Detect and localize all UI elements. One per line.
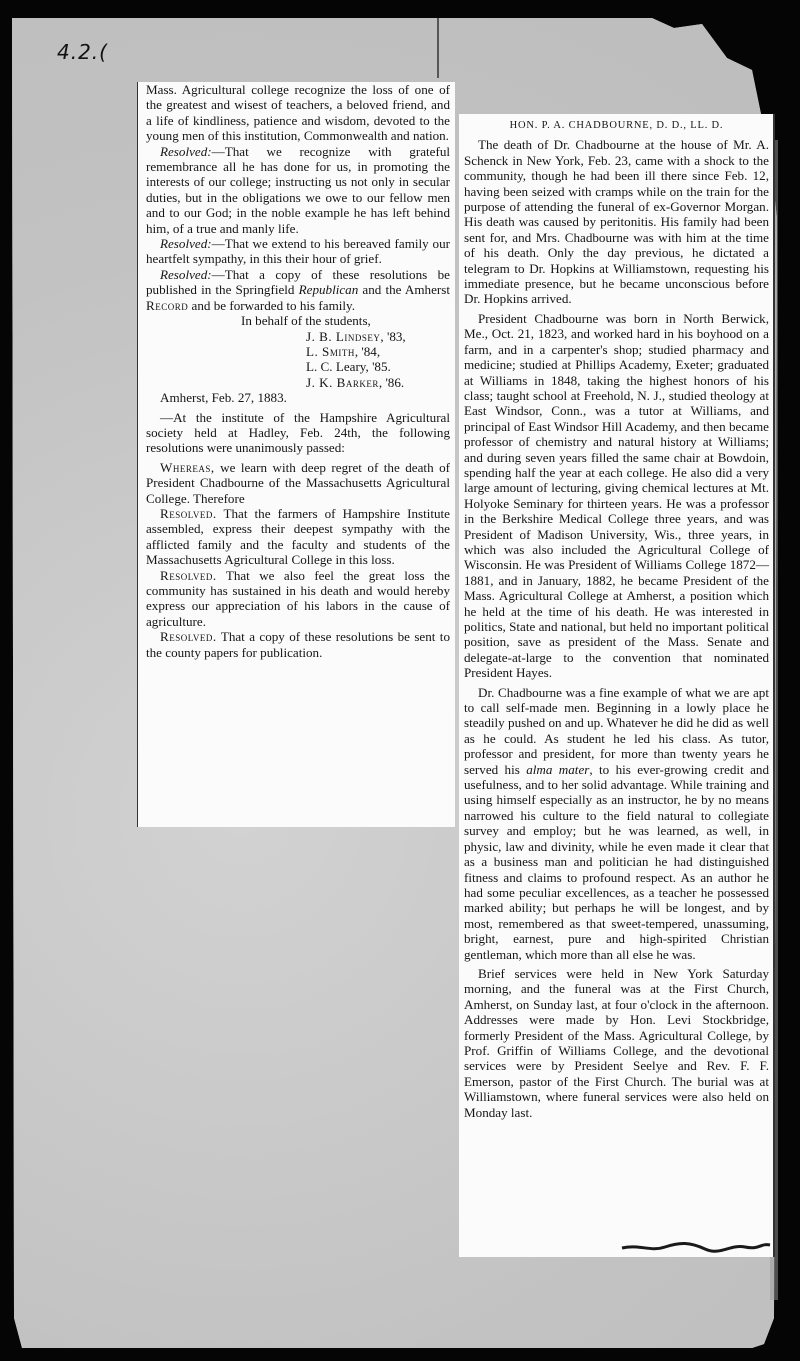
clipping-chadbourne-obituary: HON. P. A. CHADBOURNE, D. D., LL. D. The… (459, 114, 775, 1257)
signatory: L. C. Leary, '85. (146, 359, 450, 374)
resolved-lead: Resolved: (160, 267, 212, 282)
resolved-lead: Resolved: (160, 236, 212, 251)
institute-resolution: Resolved. That the farmers of Hampshire … (146, 506, 450, 568)
page-crease (437, 18, 439, 78)
article-headline: HON. P. A. CHADBOURNE, D. D., LL. D. (464, 118, 769, 133)
signatory: L. Smith, '84, (146, 344, 450, 359)
newspaper-name: Record (146, 298, 188, 313)
resolution-paragraph: Resolved:—That we recognize with gratefu… (146, 144, 450, 236)
article-paragraph: The death of Dr. Chadbourne at the house… (464, 137, 769, 306)
institute-resolution: Resolved. That a copy of these resolutio… (146, 629, 450, 660)
signatory: J. B. Lindsey, '83, (146, 329, 450, 344)
ink-squiggle-mark (620, 1240, 772, 1254)
article-paragraph: Brief services were held in New York Sat… (464, 966, 769, 1120)
dateline: Amherst, Feb. 27, 1883. (146, 390, 450, 405)
article-paragraph: Dr. Chadbourne was a fine example of wha… (464, 685, 769, 962)
resolution-paragraph: Resolved:—That a copy of these resolutio… (146, 267, 450, 313)
handwritten-page-number: 4.2.( (57, 40, 108, 64)
newspaper-name: Republican (299, 282, 359, 297)
whereas-paragraph: Whereas, we learn with deep regret of th… (146, 460, 450, 506)
resolution-paragraph: Resolved:—That we extend to his bereaved… (146, 236, 450, 267)
institute-resolution: Resolved. That we also feel the great lo… (146, 568, 450, 630)
signatory: J. K. Barker, '86. (146, 375, 450, 390)
article-paragraph: President Chadbourne was born in North B… (464, 311, 769, 681)
resolved-lead: Resolved: (160, 144, 212, 159)
signature-intro: In behalf of the students, (146, 313, 450, 328)
institute-intro: —At the institute of the Hampshire Agric… (146, 410, 450, 456)
intro-paragraph: Mass. Agricultural college recognize the… (146, 82, 450, 144)
clipping-student-resolutions: Mass. Agricultural college recognize the… (137, 82, 455, 827)
